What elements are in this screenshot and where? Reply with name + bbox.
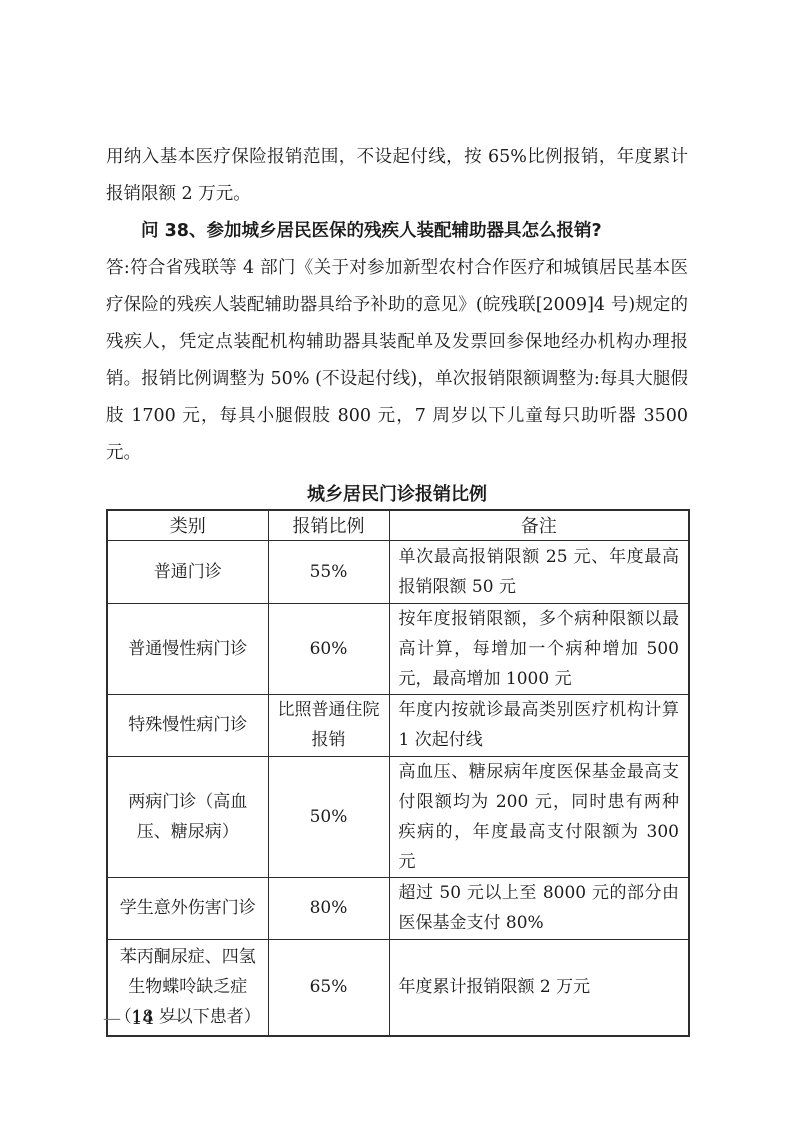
answer-paragraph: 答:符合省残联等 4 部门《关于对参加新型农村合作医疗和城镇居民基本医疗保险的残…	[106, 250, 688, 472]
page-number: — 14 —	[103, 1005, 182, 1033]
document-page: 用纳入基本医疗保险报销范围，不设起付线，按 65%比例报销，年度累计报销限额 2…	[0, 0, 793, 1122]
table-cell-note: 按年度报销限额，多个病种限额以最高计算，每增加一个病种增加 500 元，最高增加…	[389, 603, 689, 694]
table-cell-category: 普通慢性病门诊	[107, 603, 268, 694]
table-cell-category: 特殊慢性病门诊	[107, 694, 268, 756]
table-row: 普通门诊 55% 单次最高报销限额 25 元、年度最高报销限额 50 元	[107, 540, 689, 603]
header-ratio: 报销比例	[268, 510, 389, 540]
table-cell-note: 单次最高报销限额 25 元、年度最高报销限额 50 元	[389, 540, 689, 603]
table-row: 学生意外伤害门诊 80% 超过 50 元以上至 8000 元的部分由医保基金支付…	[107, 877, 689, 939]
table-cell-ratio: 60%	[268, 603, 389, 694]
page-content: 用纳入基本医疗保险报销范围，不设起付线，按 65%比例报销，年度累计报销限额 2…	[106, 139, 688, 1037]
reimbursement-table: 类别 报销比例 备注 普通门诊 55% 单次最高报销限额 25 元、年度最高报销…	[106, 509, 690, 1037]
table-cell-note: 超过 50 元以上至 8000 元的部分由医保基金支付 80%	[389, 877, 689, 939]
header-note: 备注	[389, 510, 689, 540]
table-cell-ratio: 80%	[268, 877, 389, 939]
table-cell-category: 普通门诊	[107, 540, 268, 603]
table-row: 普通慢性病门诊 60% 按年度报销限额，多个病种限额以最高计算，每增加一个病种增…	[107, 603, 689, 694]
table-cell-ratio: 50%	[268, 756, 389, 877]
table-row: 特殊慢性病门诊 比照普通住院报销 年度内按就诊最高类别医疗机构计算 1 次起付线	[107, 694, 689, 756]
table-cell-note: 年度内按就诊最高类别医疗机构计算 1 次起付线	[389, 694, 689, 756]
table-cell-category: 两病门诊（高血压、糖尿病）	[107, 756, 268, 877]
page-number-right-dash: —	[165, 1005, 182, 1033]
header-category: 类别	[107, 510, 268, 540]
table-cell-note: 年度累计报销限额 2 万元	[389, 939, 689, 1036]
table-cell-ratio: 55%	[268, 540, 389, 603]
page-number-left-dash: —	[103, 1005, 120, 1033]
table-row: 苯丙酮尿症、四氢生物蝶呤缺乏症（18 岁以下患者） 65% 年度累计报销限额 2…	[107, 939, 689, 1036]
table-title: 城乡居民门诊报销比例	[106, 480, 688, 509]
table-header-row: 类别 报销比例 备注	[107, 510, 689, 540]
table-cell-ratio: 65%	[268, 939, 389, 1036]
table-cell-note: 高血压、糖尿病年度医保基金最高支付限额均为 200 元，同时患有两种疾病的，年度…	[389, 756, 689, 877]
table-row: 两病门诊（高血压、糖尿病） 50% 高血压、糖尿病年度医保基金最高支付限额均为 …	[107, 756, 689, 877]
table-cell-category: 学生意外伤害门诊	[107, 877, 268, 939]
question-heading: 问 38、参加城乡居民医保的残疾人装配辅助器具怎么报销?	[106, 213, 688, 250]
intro-paragraph: 用纳入基本医疗保险报销范围，不设起付线，按 65%比例报销，年度累计报销限额 2…	[106, 139, 688, 213]
table-cell-ratio: 比照普通住院报销	[268, 694, 389, 756]
page-number-value: 14	[131, 1005, 154, 1033]
